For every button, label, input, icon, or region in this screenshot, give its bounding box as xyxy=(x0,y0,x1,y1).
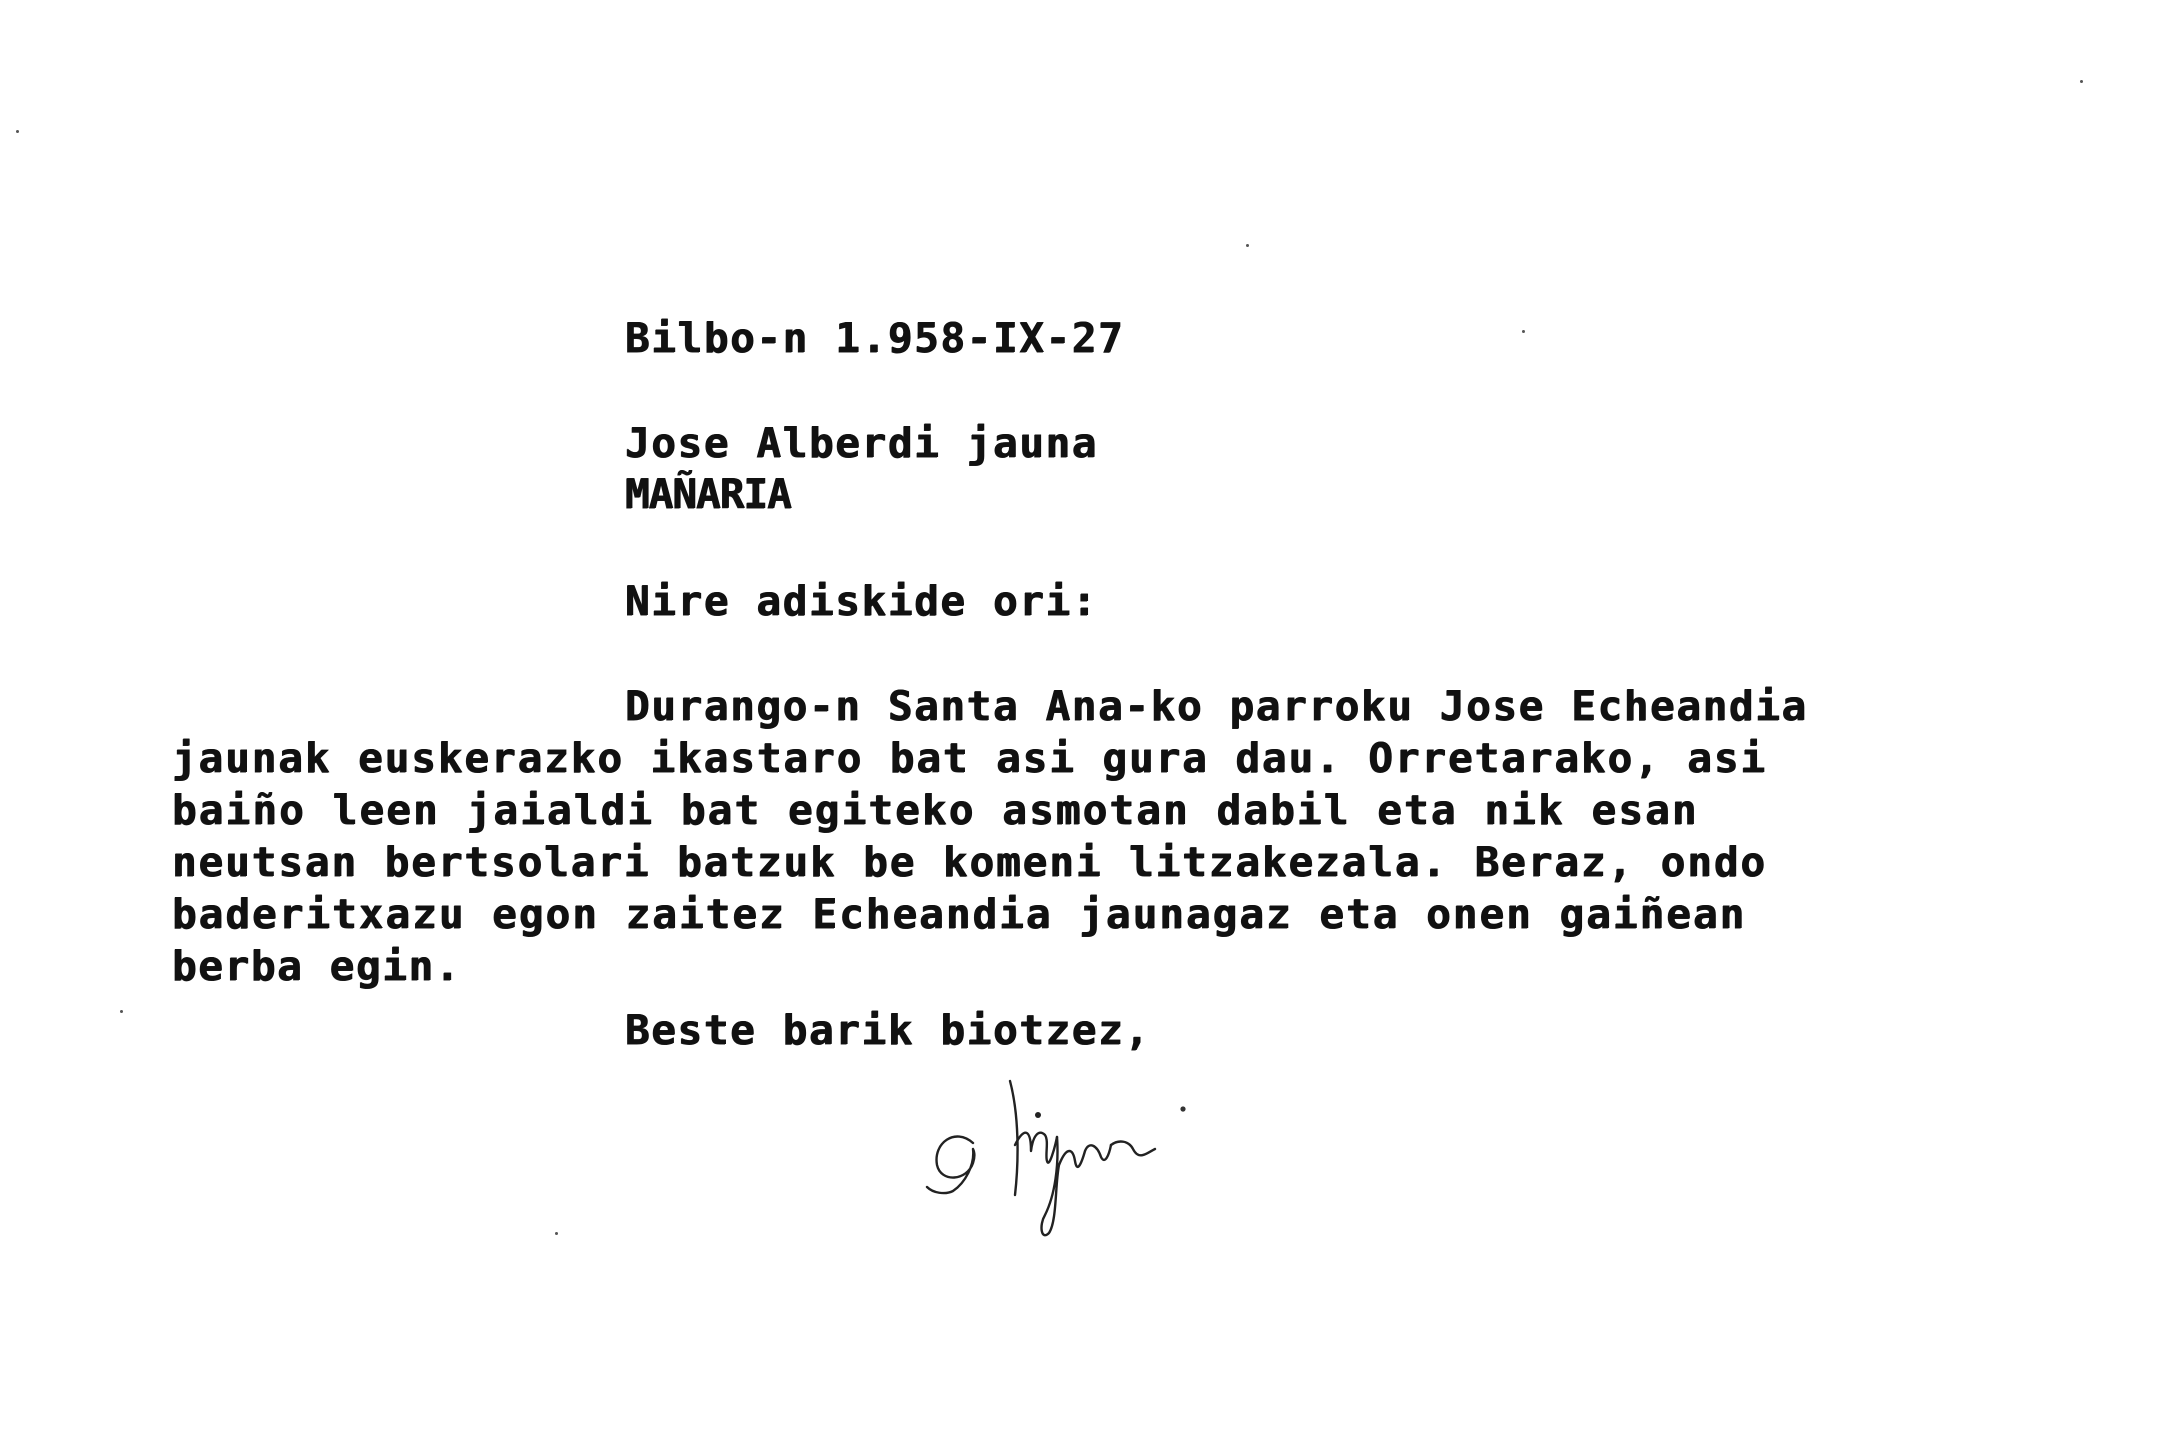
paper-speck xyxy=(555,1232,558,1235)
body-line: berba egin. xyxy=(172,946,461,987)
paper-speck xyxy=(1246,244,1249,247)
paper-speck xyxy=(1522,330,1525,333)
paper-speck xyxy=(2080,80,2083,83)
closing: Beste barik biotzez, xyxy=(625,1010,1151,1051)
paper-speck xyxy=(120,1010,123,1013)
place-date: Bilbo-n 1.958-IX-27 xyxy=(625,318,1124,359)
body-line: neutsan bertsolari batzuk be komeni litz… xyxy=(172,842,1767,883)
body-line: baiño leen jaialdi bat egiteko asmotan d… xyxy=(172,790,1699,831)
salutation: Nire adiskide ori: xyxy=(625,581,1098,622)
recipient-name: Jose Alberdi jauna xyxy=(625,423,1098,464)
letter-page: Bilbo-n 1.958-IX-27 Jose Alberdi jauna M… xyxy=(0,0,2184,1437)
paper-speck xyxy=(16,130,19,133)
body-line: Durango-n Santa Ana-ko parroku Jose Eche… xyxy=(625,686,1808,727)
body-line: jaunak euskerazko ikastaro bat asi gura … xyxy=(172,738,1767,779)
recipient-town: MAÑARIA xyxy=(625,474,791,515)
handwritten-signature-icon xyxy=(915,1065,1275,1245)
body-line: baderitxazu egon zaitez Echeandia jaunag… xyxy=(172,894,1746,935)
